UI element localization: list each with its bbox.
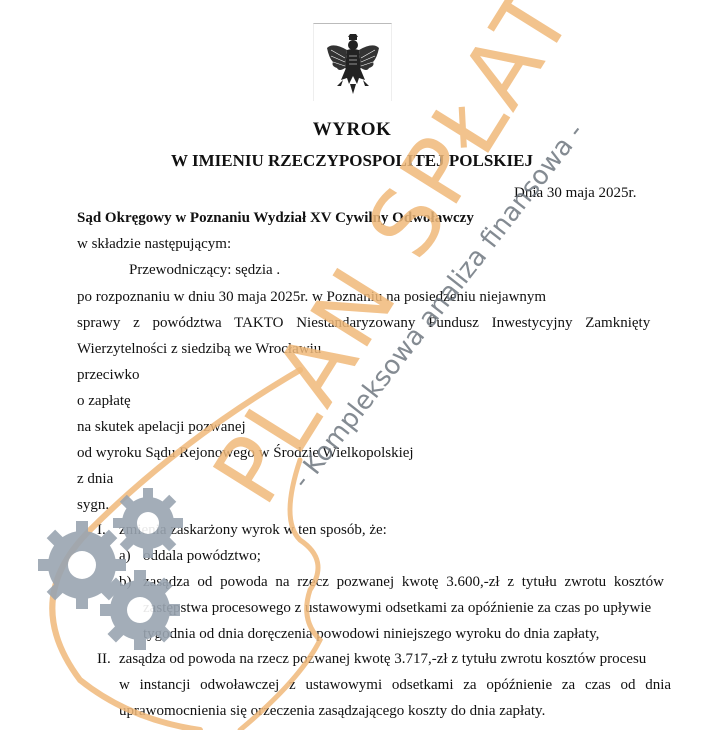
case-parties-line-2: Wierzytelności z siedzibą we Wrocławiu (77, 341, 321, 358)
court-name: Sąd Okręgowy w Poznaniu Wydział XV Cywil… (77, 210, 474, 227)
ruling-1b-number: b) (119, 574, 132, 591)
hearing-info: po rozpoznaniu w dniu 30 maja 2025r. w P… (77, 289, 546, 306)
polish-eagle-emblem-icon (313, 23, 392, 101)
case-parties-line-1: sprawy z powództwa TAKTO Niestandaryzowa… (77, 315, 635, 332)
watermark-brand: PLAN SPŁATY (193, 0, 627, 522)
ruling-2-line-2: w instancji odwoławczej z ustawowymi ods… (119, 677, 671, 694)
ruling-2-line-3: uprawomocnienia się orzeczenia zasądzają… (119, 703, 545, 720)
lower-court-judgment: od wyroku Sądu Rejonowego w Środzie Wiel… (77, 445, 414, 462)
ruling-1b-line-2: zastępstwa procesowego z ustawowymi odse… (143, 600, 651, 617)
judgment-date-label: z dnia (77, 471, 113, 488)
ruling-1b-line-3: tygodnia od dnia doręczenia powodowi nin… (143, 626, 599, 643)
ruling-2-line-1: zasądza od powoda na rzecz pozwanej kwot… (119, 651, 646, 668)
court-judgment-page: WYROK W IMIENIU RZECZYPOSPOLITEJ POLSKIE… (0, 0, 704, 730)
ruling-1-text: zmienia zaskarżony wyrok w ten sposób, ż… (119, 522, 387, 539)
ruling-1a-number: a) (119, 548, 131, 565)
appeal-info: na skutek apelacji pozwanej (77, 419, 246, 436)
ruling-2-number: II. (97, 651, 111, 668)
composition-label: w składzie następującym: (77, 236, 231, 253)
ruling-1a-text: oddala powództwo; (143, 548, 261, 565)
ruling-1b-line-1: zasądza od powoda na rzecz pozwanej kwot… (143, 574, 664, 591)
ruling-1-number: I. (97, 522, 106, 539)
judgment-date: Dnia 30 maja 2025r. (514, 185, 636, 202)
case-signature: sygn. (77, 497, 109, 514)
document-subtitle: W IMIENIU RZECZYPOSPOLITEJ POLSKIEJ (0, 151, 704, 171)
watermark: PLAN SPŁATY - Kompleksowa analiza finans… (0, 0, 704, 730)
document-title: WYROK (0, 119, 704, 141)
against-label: przeciwko (77, 367, 139, 384)
claim-subject: o zapłatę (77, 393, 131, 410)
presiding-judge: Przewodniczący: sędzia . (129, 262, 280, 279)
